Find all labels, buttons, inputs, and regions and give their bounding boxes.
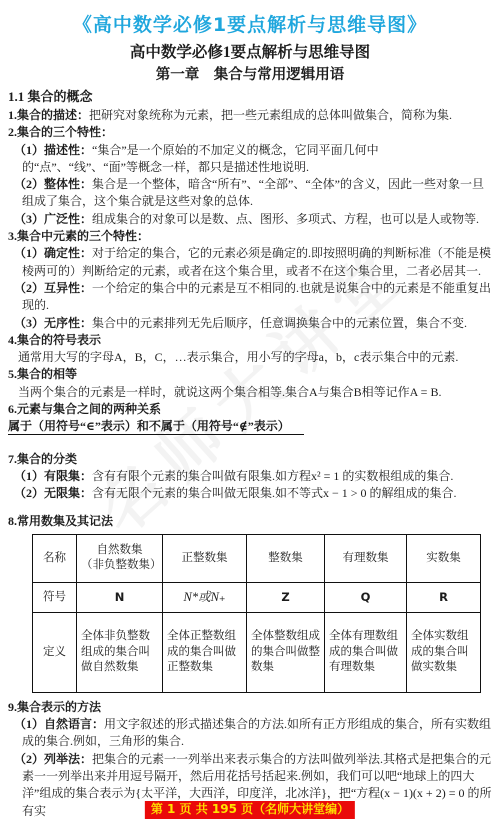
paragraph-label: 5.集合的相等 bbox=[8, 367, 77, 381]
paragraph: 当两个集合的元素是一样时，就说这两个集合相等.集合A与集合B相等记作A = B. bbox=[8, 384, 492, 401]
paragraph-label: （2）整体性： bbox=[14, 177, 92, 191]
table-cell: N*或N₊ bbox=[163, 582, 247, 612]
table-row: 符号NN*或N₊ZQR bbox=[33, 582, 481, 612]
document-page: 《高中数学必修1要点解析与思维导图》 高中数学必修1要点解析与思维导图 第一章 … bbox=[0, 0, 500, 820]
paragraph: 4.集合的符号表示 bbox=[8, 332, 492, 349]
paragraph-label: （1）有限集： bbox=[14, 469, 92, 483]
table-cell: 全体整数组成的集合叫做整数集 bbox=[247, 612, 325, 692]
paragraph: 1.集合的描述：把研究对象统称为元素，把一些元素组成的总体叫做集合，简称为集. bbox=[8, 107, 492, 124]
paragraph: （2）无限集：含有无限个元素的集合叫做无限集.如不等式x − 1 > 0 的解组… bbox=[8, 485, 492, 502]
paragraph: （2）互异性：一个给定的集合中的元素是互不相同的.也就是说集合中的元素是不能重复… bbox=[8, 280, 492, 315]
paragraph-text: 含有无限个元素的集合叫做无限集.如不等式x − 1 > 0 的解组成的集合. bbox=[92, 486, 457, 500]
paragraph: 6.元素与集合之间的两种关系 bbox=[8, 401, 492, 418]
table-row: 名称自然数集 （非负整数集）正整数集整数集有理数集实数集 bbox=[33, 534, 481, 582]
paragraph-text: 通常用大写的字母A，B，C，…表示集合，用小写的字母a，b，c表示集合中的元素. bbox=[18, 350, 458, 364]
paragraph-text: 集合中的元素排列无先后顺序，任意调换集合中的元素位置，集合不变. bbox=[92, 316, 467, 330]
paragraph-label: 2.集合的三个特性： bbox=[8, 125, 113, 139]
number-sets-table: 名称自然数集 （非负整数集）正整数集整数集有理数集实数集符号NN*或N₊ZQR定… bbox=[32, 534, 481, 693]
table-cell: 有理数集 bbox=[325, 534, 407, 582]
paragraph-label: （3）广泛性： bbox=[14, 212, 92, 226]
table-cell: Z bbox=[247, 582, 325, 612]
table-cell: 定义 bbox=[33, 612, 77, 692]
paragraph-label: （1）自然语言： bbox=[14, 717, 104, 731]
paragraph-label: 3.集合中元素的三个特性： bbox=[8, 229, 149, 243]
table-row: 定义全体非负整数组成的集合叫做自然数集全体正整数组成的集合叫做正整数集全体整数组… bbox=[33, 612, 481, 692]
table-caption-label: 8.常用数集及其记法 bbox=[8, 514, 113, 528]
paragraph: （1）描述性：“集合”是一个原始的不加定义的概念，它同平面几何中的“点”、“线”… bbox=[8, 142, 492, 177]
paragraph-label: （3）无序性： bbox=[14, 316, 92, 330]
paragraph-label: （1）描述性： bbox=[14, 143, 92, 157]
table-cell: 全体实数组成的集合叫做实数集 bbox=[407, 612, 481, 692]
book-title: 《高中数学必修1要点解析与思维导图》 bbox=[8, 10, 492, 37]
paragraph: （1）确定性：对于给定的集合，它的元素必须是确定的.即按照明确的判断标准（不能是… bbox=[8, 245, 492, 280]
paragraph-text: 一个给定的集合中的元素是互不相同的.也就是说集合中的元素是不能重复出现的. bbox=[22, 281, 491, 312]
paragraph: 2.集合的三个特性： bbox=[8, 124, 492, 141]
chapter-title: 第一章 集合与常用逻辑用语 bbox=[8, 63, 492, 84]
table-cell: 正整数集 bbox=[163, 534, 247, 582]
table-caption: 8.常用数集及其记法 bbox=[8, 513, 492, 530]
page-footer: 第 1 页 共 195 页（名师大讲堂编） bbox=[145, 801, 355, 819]
paragraph-label: 6.元素与集合之间的两种关系 bbox=[8, 402, 161, 416]
paragraph-text: 组成集合的对象可以是数、点、图形、多项式、方程，也可以是人或物等. bbox=[92, 212, 479, 226]
number-sets-section: 8.常用数集及其记法 名称自然数集 （非负整数集）正整数集整数集有理数集实数集符… bbox=[8, 513, 492, 693]
paragraph: （3）无序性：集合中的元素排列无先后顺序，任意调换集合中的元素位置，集合不变. bbox=[8, 315, 492, 332]
paragraph-text: 集合是一个整体，暗含“所有”、“全部”、“全体”的含义，因此一些对象一旦组成了集… bbox=[22, 177, 484, 208]
paragraph: （2）整体性：集合是一个整体，暗含“所有”、“全部”、“全体”的含义，因此一些对… bbox=[8, 176, 492, 211]
paragraph-label: （2）互异性： bbox=[14, 281, 92, 295]
paragraph: 3.集合中元素的三个特性： bbox=[8, 228, 492, 245]
paragraph-text: 当两个集合的元素是一样时，就说这两个集合相等.集合A与集合B相等记作A = B. bbox=[18, 385, 441, 399]
paragraph: （3）广泛性：组成集合的对象可以是数、点、图形、多项式、方程，也可以是人或物等. bbox=[8, 211, 492, 228]
paragraph: （1）自然语言：用文字叙述的形式描述集合的方法.如所有正方形组成的集合，所有实数… bbox=[8, 716, 492, 751]
paragraph: 属于（用符号“∈”表示）和不属于（用符号“∉”表示） bbox=[8, 418, 492, 435]
paragraph-label: 9.集合表示的方法 bbox=[8, 700, 101, 714]
table-cell: 实数集 bbox=[407, 534, 481, 582]
paragraph-text: 含有有限个元素的集合叫做有限集.如方程x² = 1 的实数根组成的集合. bbox=[92, 469, 453, 483]
table-cell: 名称 bbox=[33, 534, 77, 582]
paragraph-label: （1）确定性： bbox=[14, 246, 92, 260]
paragraph-text: 对于给定的集合，它的元素必须是确定的.即按照明确的判断标准（不能是模棱两可的）判… bbox=[22, 246, 491, 277]
table-cell: 全体正整数组成的集合叫做正整数集 bbox=[163, 612, 247, 692]
table-cell: 全体有理数组成的集合叫做有理数集 bbox=[325, 612, 407, 692]
table-cell: Q bbox=[325, 582, 407, 612]
paragraph: （1）有限集：含有有限个元素的集合叫做有限集.如方程x² = 1 的实数根组成的… bbox=[8, 468, 492, 485]
paragraph: 通常用大写的字母A，B，C，…表示集合，用小写的字母a，b，c表示集合中的元素. bbox=[8, 349, 492, 366]
table-cell: N bbox=[77, 582, 163, 612]
paragraph-label: 4.集合的符号表示 bbox=[8, 333, 101, 347]
page-number-label: 第 1 页 共 195 页（名师大讲堂编） bbox=[151, 802, 349, 816]
paragraph: 7.集合的分类 bbox=[8, 451, 492, 468]
doc-title: 高中数学必修1要点解析与思维导图 bbox=[8, 40, 492, 62]
number-sets-table-body: 名称自然数集 （非负整数集）正整数集整数集有理数集实数集符号NN*或N₊ZQR定… bbox=[33, 534, 481, 692]
table-cell: 自然数集 （非负整数集） bbox=[77, 534, 163, 582]
section-title: 1.1 集合的概念 bbox=[8, 86, 492, 105]
paragraph-text: 把研究对象统称为元素，把一些元素组成的总体叫做集合，简称为集. bbox=[89, 108, 452, 122]
paragraph-label: 7.集合的分类 bbox=[8, 452, 77, 466]
table-cell: 整数集 bbox=[247, 534, 325, 582]
paragraph: 9.集合表示的方法 bbox=[8, 699, 492, 716]
table-cell: 全体非负整数组成的集合叫做自然数集 bbox=[77, 612, 163, 692]
table-cell: 符号 bbox=[33, 582, 77, 612]
paragraph-label: （2）列举法： bbox=[14, 752, 92, 766]
content-block-1: 1.集合的描述：把研究对象统称为元素，把一些元素组成的总体叫做集合，简称为集.2… bbox=[8, 107, 492, 503]
paragraph-label: 1.集合的描述： bbox=[8, 108, 89, 122]
paragraph-label: 属于（用符号“∈”表示）和不属于（用符号“∉”表示） bbox=[8, 419, 304, 435]
paragraph-label: （2）无限集： bbox=[14, 486, 92, 500]
paragraph: 5.集合的相等 bbox=[8, 366, 492, 383]
table-cell: R bbox=[407, 582, 481, 612]
